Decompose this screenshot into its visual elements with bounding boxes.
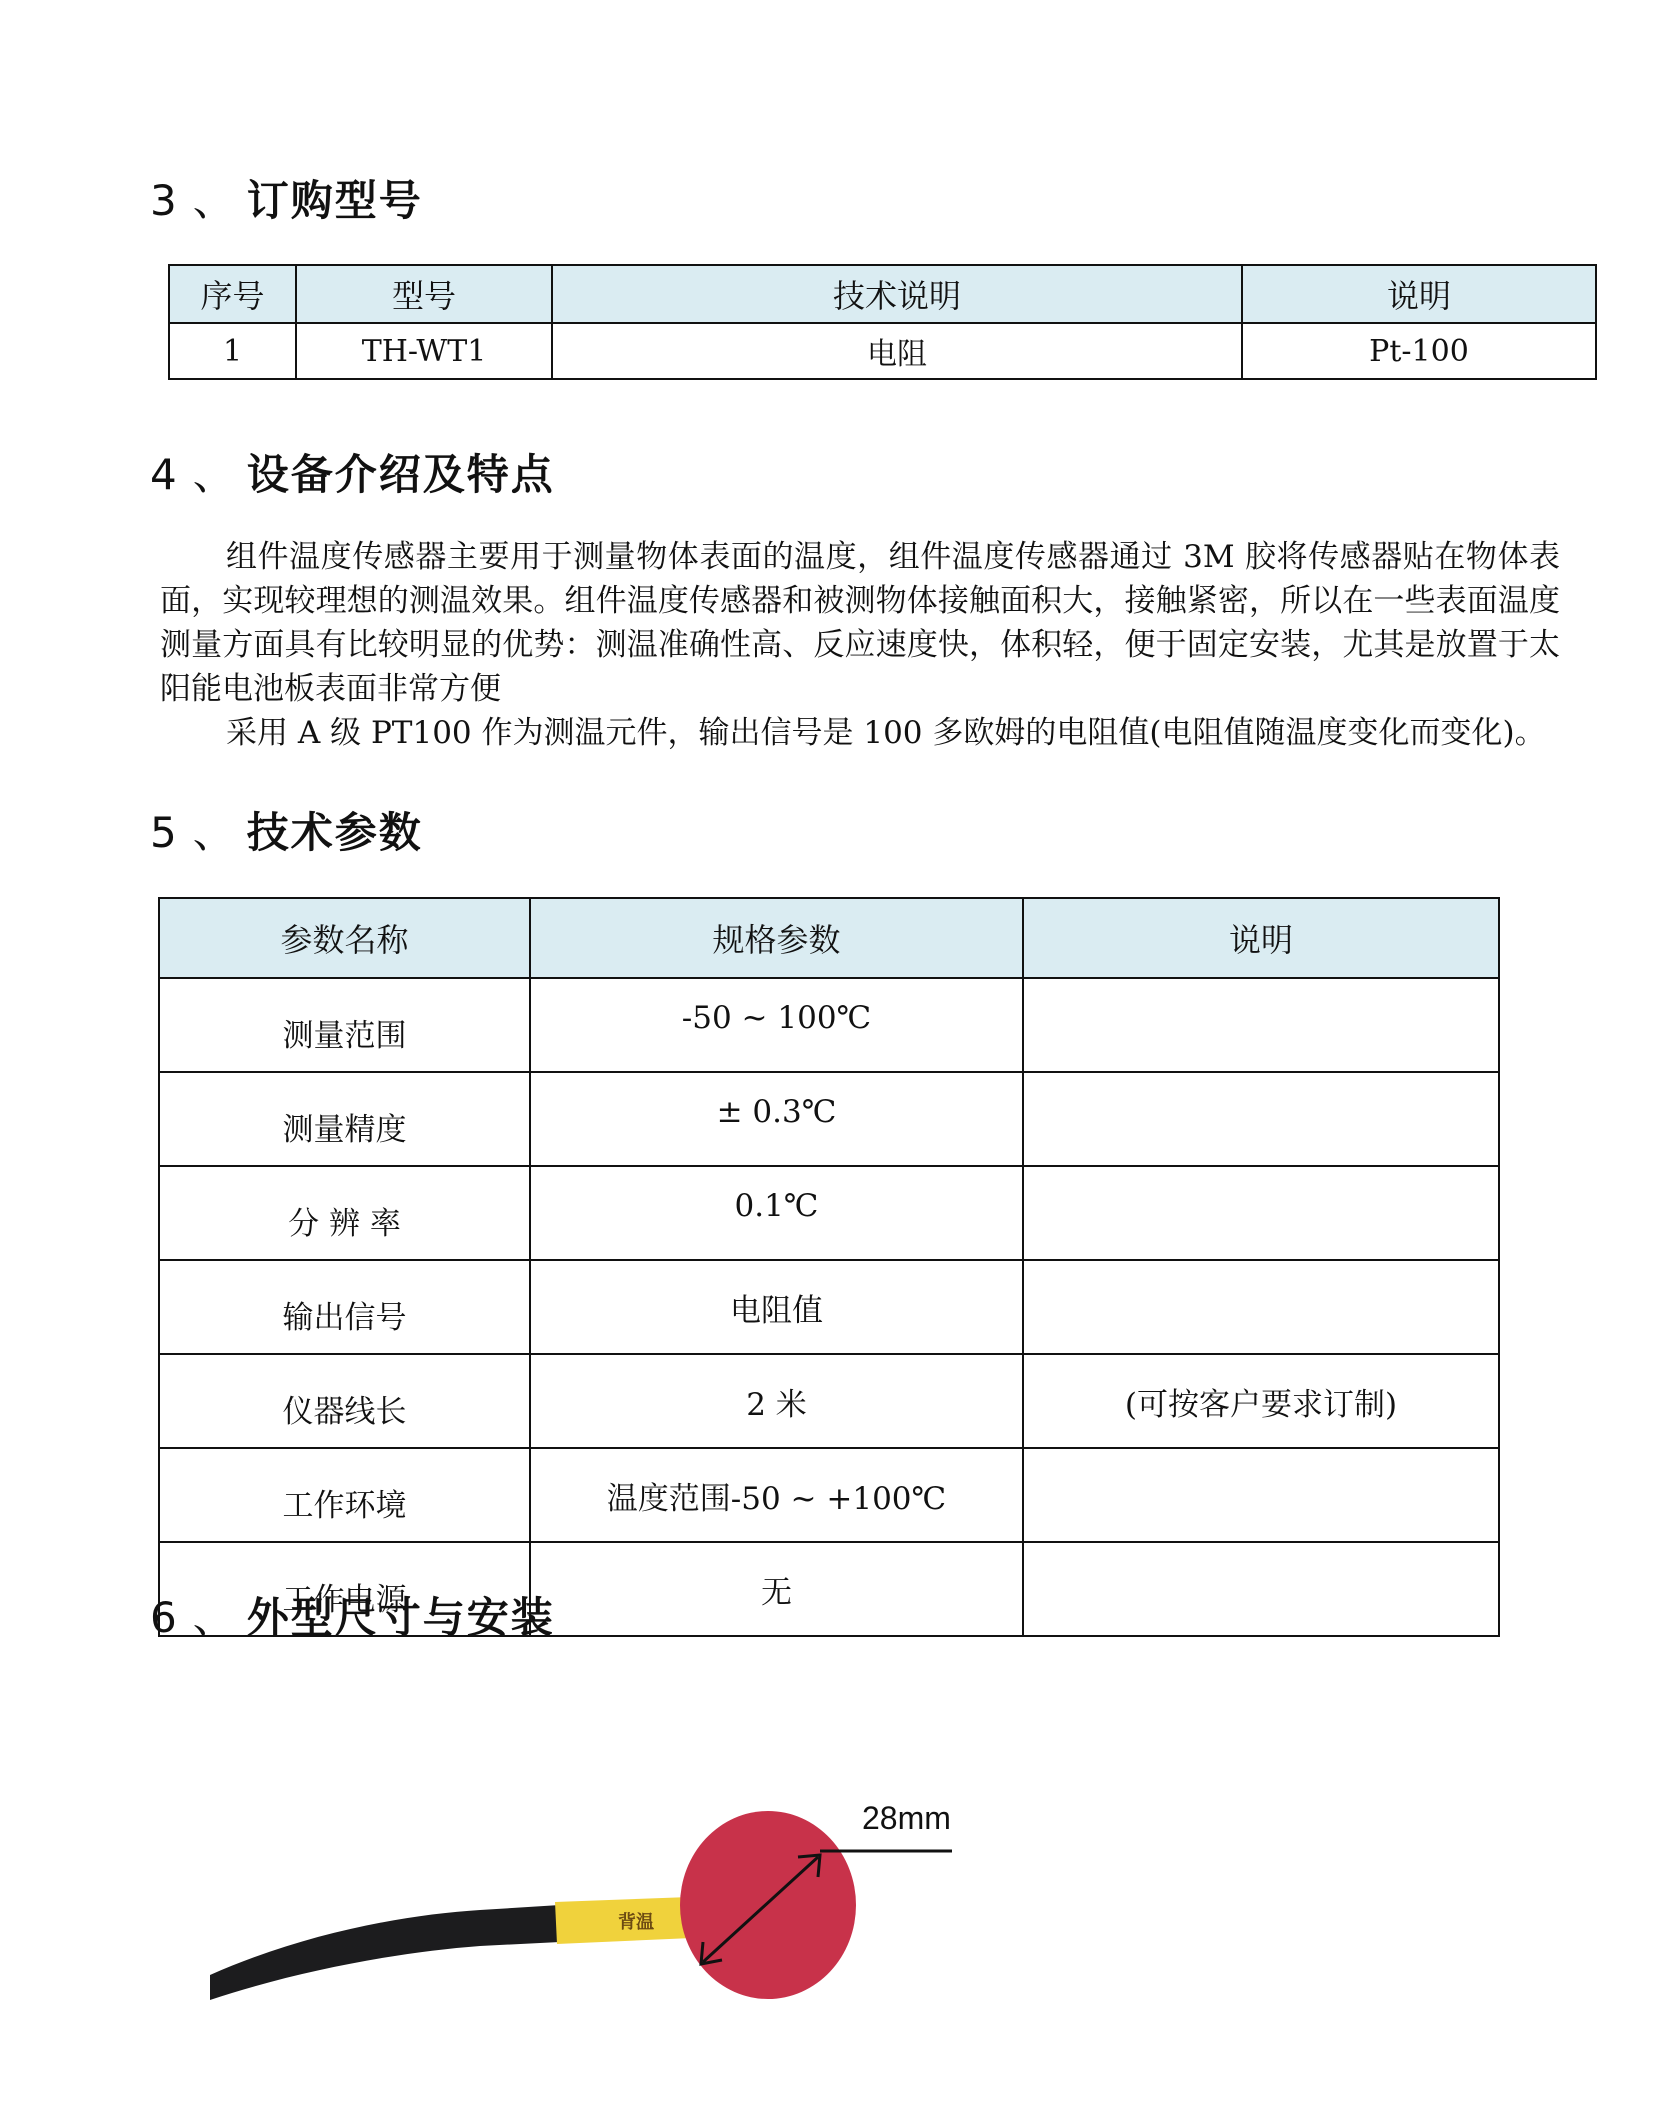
order-model-table: 序号 型号 技术说明 说明 1 TH-WT1 电阻 Pt-100 bbox=[168, 264, 1597, 380]
spec-table: 参数名称 规格参数 说明 测量范围 -50 ~ 100℃ 测量精度 ± 0.3℃… bbox=[158, 897, 1500, 1637]
table-header-row: 序号 型号 技术说明 说明 bbox=[169, 265, 1596, 323]
param-name: 测量精度 bbox=[159, 1072, 530, 1166]
header-cell: 规格参数 bbox=[530, 898, 1023, 978]
header-cell: 说明 bbox=[1242, 265, 1596, 323]
separator: 、 bbox=[193, 808, 237, 857]
intro-paragraph-2: 采用 A 级 PT100 作为测温元件，输出信号是 100 多欧姆的电阻值(电阻… bbox=[160, 711, 1560, 755]
param-note: (可按客户要求订制) bbox=[1023, 1354, 1499, 1448]
cell-tech: 电阻 bbox=[552, 323, 1242, 379]
section-title: 外型尺寸与安装 bbox=[247, 1593, 555, 1642]
section-3-heading: 3、订购型号 bbox=[150, 168, 423, 228]
separator: 、 bbox=[193, 176, 237, 225]
section-title: 设备介绍及特点 bbox=[247, 450, 555, 499]
table-row: 测量精度 ± 0.3℃ bbox=[159, 1072, 1499, 1166]
intro-paragraph-1: 组件温度传感器主要用于测量物体表面的温度，组件温度传感器通过 3M 胶将传感器贴… bbox=[160, 535, 1560, 711]
header-cell: 序号 bbox=[169, 265, 296, 323]
param-name: 工作环境 bbox=[159, 1448, 530, 1542]
param-note bbox=[1023, 1072, 1499, 1166]
section-5-heading: 5、技术参数 bbox=[150, 800, 423, 860]
table-row: 输出信号 电阻值 bbox=[159, 1260, 1499, 1354]
param-value: 无 bbox=[530, 1542, 1023, 1636]
header-cell: 说明 bbox=[1023, 898, 1499, 978]
cell-model: TH-WT1 bbox=[296, 323, 552, 379]
table-row: 工作环境 温度范围-50 ~ +100℃ bbox=[159, 1448, 1499, 1542]
separator: 、 bbox=[193, 450, 237, 499]
param-value: 0.1℃ bbox=[530, 1166, 1023, 1260]
sensor-disc-shape bbox=[680, 1811, 856, 1999]
param-value: 温度范围-50 ~ +100℃ bbox=[530, 1448, 1023, 1542]
cable-shape bbox=[210, 1905, 560, 2000]
table-row: 仪器线长 2 米 (可按客户要求订制) bbox=[159, 1354, 1499, 1448]
section-title: 技术参数 bbox=[247, 808, 423, 857]
param-value: -50 ~ 100℃ bbox=[530, 978, 1023, 1072]
param-value: 2 米 bbox=[530, 1354, 1023, 1448]
param-note bbox=[1023, 1260, 1499, 1354]
header-cell: 参数名称 bbox=[159, 898, 530, 978]
sleeve-label: 背温 bbox=[618, 1911, 654, 1933]
param-name: 输出信号 bbox=[159, 1260, 530, 1354]
header-cell: 技术说明 bbox=[552, 265, 1242, 323]
separator: 、 bbox=[193, 1593, 237, 1642]
param-note bbox=[1023, 1448, 1499, 1542]
param-name: 测量范围 bbox=[159, 978, 530, 1072]
table-row: 1 TH-WT1 电阻 Pt-100 bbox=[169, 323, 1596, 379]
section-4-heading: 4、设备介绍及特点 bbox=[150, 442, 555, 502]
param-note bbox=[1023, 1166, 1499, 1260]
section-6-heading: 6、外型尺寸与安装 bbox=[150, 1585, 555, 1645]
param-name: 分 辨 率 bbox=[159, 1166, 530, 1260]
header-cell: 型号 bbox=[296, 265, 552, 323]
section-title: 订购型号 bbox=[247, 176, 423, 225]
param-name: 仪器线长 bbox=[159, 1354, 530, 1448]
section-number: 6 bbox=[150, 1593, 179, 1642]
dimension-label: 28mm bbox=[862, 1800, 951, 1837]
param-note bbox=[1023, 978, 1499, 1072]
param-note bbox=[1023, 1542, 1499, 1636]
section-number: 5 bbox=[150, 808, 179, 857]
table-row: 测量范围 -50 ~ 100℃ bbox=[159, 978, 1499, 1072]
cell-note: Pt-100 bbox=[1242, 323, 1596, 379]
table-header-row: 参数名称 规格参数 说明 bbox=[159, 898, 1499, 978]
cell-index: 1 bbox=[169, 323, 296, 379]
intro-text: 组件温度传感器主要用于测量物体表面的温度，组件温度传感器通过 3M 胶将传感器贴… bbox=[160, 535, 1560, 755]
param-value: ± 0.3℃ bbox=[530, 1072, 1023, 1166]
section-number: 4 bbox=[150, 450, 179, 499]
table-row: 分 辨 率 0.1℃ bbox=[159, 1166, 1499, 1260]
param-value: 电阻值 bbox=[530, 1260, 1023, 1354]
section-number: 3 bbox=[150, 176, 179, 225]
